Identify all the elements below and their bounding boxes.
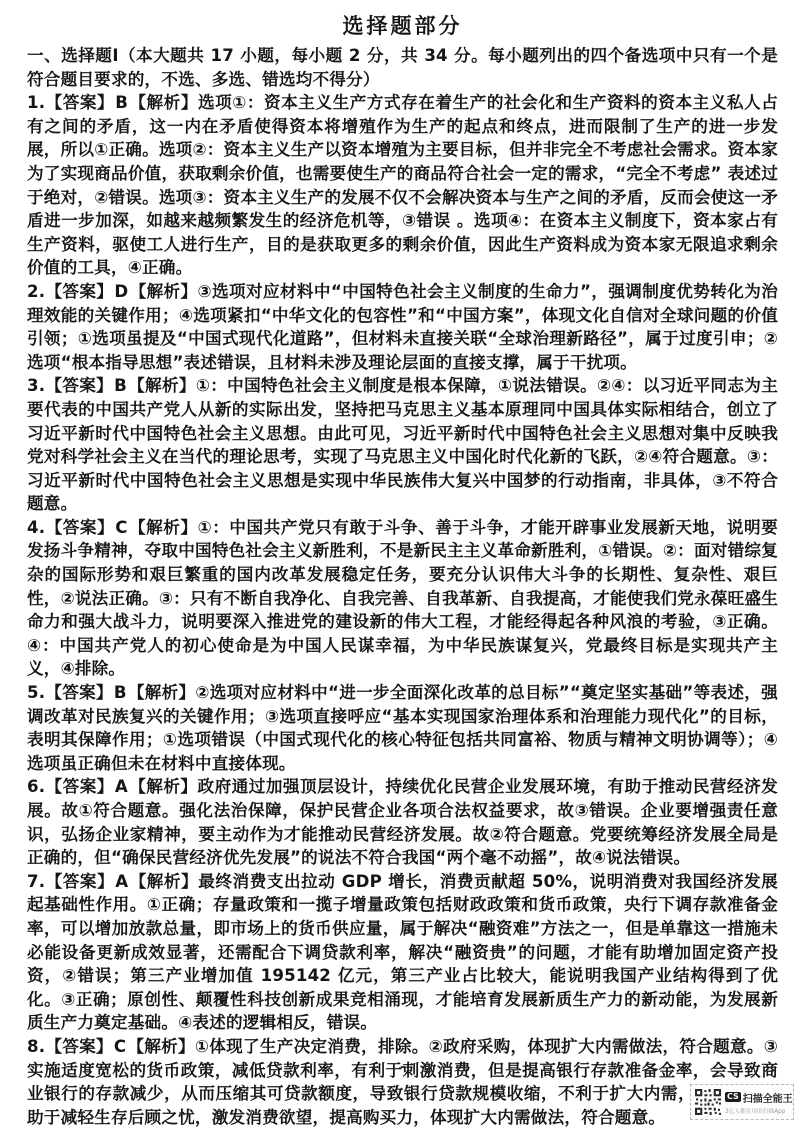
answer-item: 5.【答案】B【解析】②选项对应材料中“进一步全面深化改革的总目标”“奠定坚实基… [27, 681, 778, 775]
answer-letter: A [114, 777, 129, 796]
answer-letter: D [113, 282, 129, 301]
answer-item: 4.【答案】C【解析】①：中国共产党只有敢于斗争、善于斗争，才能开辟事业发展新天… [27, 516, 778, 681]
answer-label: 【答案】 [45, 282, 113, 301]
answer-letter: C [114, 518, 128, 537]
explanation-text: 选项①：资本主义生产方式存在着生产的社会化和生产资料的资本主义私人占有之间的矛盾… [27, 93, 778, 277]
answer-label: 【答案】 [45, 683, 113, 702]
section-intro: 一、选择题Ⅰ（本大题共 17 小题，每小题 2 分，共 34 分。每小题列出的四… [27, 44, 778, 91]
explanation-text: ①：中国特色社会主义制度是根本保障，①说法错误。②④：以习近平同志为主要代表的中… [27, 376, 778, 513]
qr-code-icon [695, 1089, 721, 1115]
answer-letter: C [113, 1037, 127, 1056]
explanation-text: ①：中国共产党只有敢于斗争、善于斗争，才能开辟事业发展新天地，说明要发扬斗争精神… [27, 518, 778, 679]
question-number: 1. [27, 93, 45, 112]
explanation-label: 【解析】 [129, 93, 198, 112]
document-title: 选择题部分 [27, 10, 778, 40]
explanation-label: 【解析】 [129, 518, 198, 537]
answer-explanation-list: 1.【答案】B【解析】选项①：资本主义生产方式存在着生产的社会化和生产资料的资本… [27, 91, 778, 1129]
question-number: 6. [27, 777, 45, 796]
answer-label: 【答案】 [45, 93, 114, 112]
answer-item: 1.【答案】B【解析】选项①：资本主义生产方式存在着生产的社会化和生产资料的资本… [27, 91, 778, 280]
page-marker-dot: - [400, 1060, 405, 1075]
question-number: 3. [27, 376, 45, 395]
answer-label: 【答案】 [45, 518, 114, 537]
question-number: 7. [27, 872, 45, 891]
camscanner-watermark: CS 扫描全能王 3亿人都在用的扫描App [690, 1084, 794, 1120]
watermark-tagline: 3亿人都在用的扫描App [725, 1106, 786, 1115]
answer-letter: A [114, 872, 129, 891]
explanation-label: 【解析】 [128, 376, 196, 395]
explanation-label: 【解析】 [128, 683, 196, 702]
explanation-label: 【解析】 [129, 777, 198, 796]
question-number: 4. [27, 518, 45, 537]
answer-label: 【答案】 [45, 872, 114, 891]
answer-item: 7.【答案】A【解析】最终消费支出拉动 GDP 增长，消费贡献超 50%，说明消… [27, 870, 778, 1035]
scanned-document-page: 选择题部分 一、选择题Ⅰ（本大题共 17 小题，每小题 2 分，共 34 分。每… [0, 0, 800, 1129]
watermark-text-block: CS 扫描全能王 3亿人都在用的扫描App [725, 1090, 789, 1115]
answer-item: 8.【答案】C【解析】①体现了生产决定消费，排除。②政府采购，体现扩大内需做法，… [27, 1035, 778, 1129]
answer-label: 【答案】 [45, 1037, 113, 1056]
explanation-label: 【解析】 [127, 1037, 195, 1056]
explanation-text: 最终消费支出拉动 GDP 增长，消费贡献超 50%，说明消费对我国经济发展起基础… [27, 872, 778, 1033]
camscanner-logo-icon: CS [725, 1092, 741, 1102]
question-number: 5. [27, 683, 45, 702]
answer-label: 【答案】 [45, 376, 113, 395]
answer-item: 3.【答案】B【解析】①：中国特色社会主义制度是根本保障，①说法错误。②④：以习… [27, 374, 778, 516]
question-number: 2. [27, 282, 45, 301]
answer-letter: B [113, 376, 128, 395]
answer-letter: B [113, 683, 128, 702]
answer-letter: B [114, 93, 129, 112]
answer-item: 6.【答案】A【解析】政府通过加强顶层设计，持续优化民营企业发展环境，有助于推动… [27, 775, 778, 869]
answer-label: 【答案】 [45, 777, 114, 796]
explanation-label: 【解析】 [129, 872, 198, 891]
explanation-label: 【解析】 [129, 282, 197, 301]
answer-item: 2.【答案】D【解析】③选项对应材料中“中国特色社会主义制度的生命力”，强调制度… [27, 280, 778, 374]
question-number: 8. [27, 1037, 45, 1056]
watermark-app-name: 扫描全能王 [743, 1090, 793, 1105]
